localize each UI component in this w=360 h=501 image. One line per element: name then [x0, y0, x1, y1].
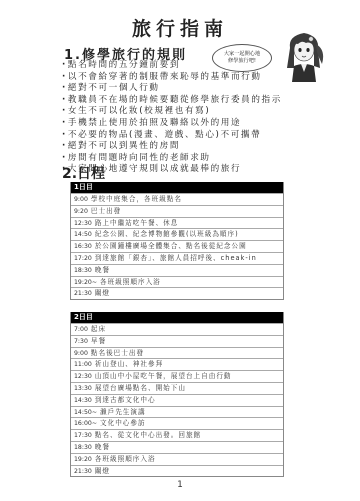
- schedule-row: 16:30於公園鐘樓廣場全體集合、點名後從紀念公園: [71, 240, 283, 252]
- row-time: 13:30: [74, 385, 92, 392]
- row-time: 9:00: [74, 196, 88, 203]
- row-text: 紀念公園、紀念博物館參觀(以班級為順序): [95, 230, 239, 238]
- schedule-row: 18:30晚餐: [71, 441, 283, 453]
- row-time: 18:30: [74, 444, 92, 451]
- schedule-row: 18:30晚餐: [71, 264, 283, 276]
- row-text: 晚餐: [95, 443, 110, 451]
- row-time: 9:00: [74, 350, 88, 357]
- row-time: 19:20: [74, 456, 92, 463]
- row-text: 祈山登山、神社參拜: [95, 360, 163, 368]
- schedule-row: 17:30點名、從文化中心出發。回旅館: [71, 429, 283, 441]
- schedule-row: 7:00起床: [71, 323, 283, 335]
- row-text: 瀨戶先生演講: [100, 408, 146, 416]
- schedule-row: 14:30到達古都文化中心: [71, 394, 283, 406]
- schedule-row: 11:00祈山登山、神社參拜: [71, 358, 283, 370]
- row-text: 早餐: [91, 337, 106, 345]
- schedule-row: 9:00點名後巴士出發: [71, 347, 283, 359]
- schedule-row: 7:30早餐: [71, 335, 283, 347]
- row-time: 18:30: [74, 267, 92, 274]
- schedule-row: 17:20到達旅館「銀杏」、旅館人員招呼後、cheak-in: [71, 252, 283, 264]
- schedule-row: 13:30展望台廣場點名、開始下山: [71, 382, 283, 394]
- row-time: 7:30: [74, 338, 88, 345]
- row-text: 文化中心參訪: [100, 419, 146, 427]
- row-time: 9:20: [74, 208, 88, 215]
- row-time: 17:20: [74, 255, 92, 262]
- row-text: 學校中庭集合，各班級點名: [91, 195, 182, 203]
- girl-character-icon: [284, 28, 324, 82]
- rule-item: 女生不可以化妝(校規裡也有寫): [62, 106, 282, 118]
- rule-item: 教職員不在場的時候要聽從修學旅行委員的指示: [62, 95, 282, 107]
- schedule-row: 12:30路上中繼站吃午餐、休息: [71, 217, 283, 229]
- schedule-row: 19:20~各班級照順序入浴: [71, 276, 283, 288]
- row-text: 山頂山中小屋吃午餐，展望台上自由行動: [95, 372, 232, 380]
- row-text: 於公園鐘樓廣場全體集合、點名後從紀念公園: [95, 242, 247, 250]
- row-text: 巴士出發: [91, 207, 121, 215]
- schedule-row: 9:00學校中庭集合，各班級點名: [71, 193, 283, 205]
- rules-list: 點名時間的五分鐘前要到 以不會給穿著的制服帶來恥辱的基準而行動 絕對不可一個人行…: [62, 60, 282, 176]
- row-time: 14:50: [74, 231, 92, 238]
- schedule-row: 9:20巴士出發: [71, 205, 283, 217]
- row-time: 21:30: [74, 468, 92, 475]
- row-time: 17:30: [74, 432, 92, 439]
- row-time: 16:30: [74, 243, 92, 250]
- row-time: 14:30: [74, 397, 92, 404]
- day-header: 2日目: [71, 312, 283, 323]
- row-text: 點名、從文化中心出發。回旅館: [95, 431, 201, 439]
- rule-item: 以不會給穿著的制服帶來恥辱的基準而行動: [62, 72, 282, 84]
- row-time: 16:00~: [74, 420, 97, 427]
- schedule-row: 19:20各班級照順序入浴: [71, 453, 283, 465]
- rule-item: 絕對不可一個人行動: [62, 83, 282, 95]
- row-text: 各班級照順序入浴: [100, 278, 161, 286]
- row-text: 路上中繼站吃午餐、休息: [95, 219, 179, 227]
- schedule-row: 12:30山頂山中小屋吃午餐，展望台上自由行動: [71, 370, 283, 382]
- schedule-table-day1: 1日目 9:00學校中庭集合，各班級點名 9:20巴士出發 12:30路上中繼站…: [70, 182, 284, 300]
- row-text: 點名後巴士出發: [91, 349, 144, 357]
- schedule-table-day2: 2日目 7:00起床 7:30早餐 9:00點名後巴士出發 11:00祈山登山、…: [70, 312, 284, 477]
- row-time: 14:50~: [74, 409, 97, 416]
- speech-bubble: 大家一起開心地 修學旅行吧!: [212, 44, 272, 72]
- schedule-row: 21:30關燈: [71, 465, 283, 477]
- row-time: 19:20~: [74, 279, 97, 286]
- row-time: 12:30: [74, 220, 92, 227]
- speech-bubble-line1: 大家一起開心地: [224, 51, 260, 58]
- row-text: 關燈: [95, 289, 110, 297]
- rule-item: 絕對不可以到異性的房間: [62, 141, 282, 153]
- row-time: 7:00: [74, 326, 88, 333]
- schedule-heading: 2.日程: [62, 163, 105, 183]
- row-text: 起床: [91, 325, 106, 333]
- rule-item: 不必要的物品(漫畫、遊戲、點心)不可攜帶: [62, 130, 282, 142]
- schedule-row: 14:50~瀨戶先生演講: [71, 406, 283, 418]
- rule-item: 手機禁止使用於拍照及聯絡以外的用途: [62, 118, 282, 130]
- row-time: 11:00: [74, 361, 92, 368]
- schedule-row: 16:00~文化中心參訪: [71, 417, 283, 429]
- schedule-row: 21:30關燈: [71, 287, 283, 299]
- row-text: 展望台廣場點名、開始下山: [95, 384, 186, 392]
- row-text: 關燈: [95, 467, 110, 475]
- day-header: 1日目: [71, 182, 283, 193]
- page-number: 1: [0, 480, 360, 490]
- row-text: 到達古都文化中心: [95, 396, 156, 404]
- row-text: 晚餐: [95, 266, 110, 274]
- schedule-row: 14:50紀念公園、紀念博物館參觀(以班級為順序): [71, 228, 283, 240]
- speech-bubble-line2: 修學旅行吧!: [224, 58, 260, 65]
- row-text: 到達旅館「銀杏」、旅館人員招呼後、cheak-in: [95, 254, 257, 262]
- row-text: 各班級照順序入浴: [95, 455, 156, 463]
- row-time: 21:30: [74, 290, 92, 297]
- row-time: 12:30: [74, 373, 92, 380]
